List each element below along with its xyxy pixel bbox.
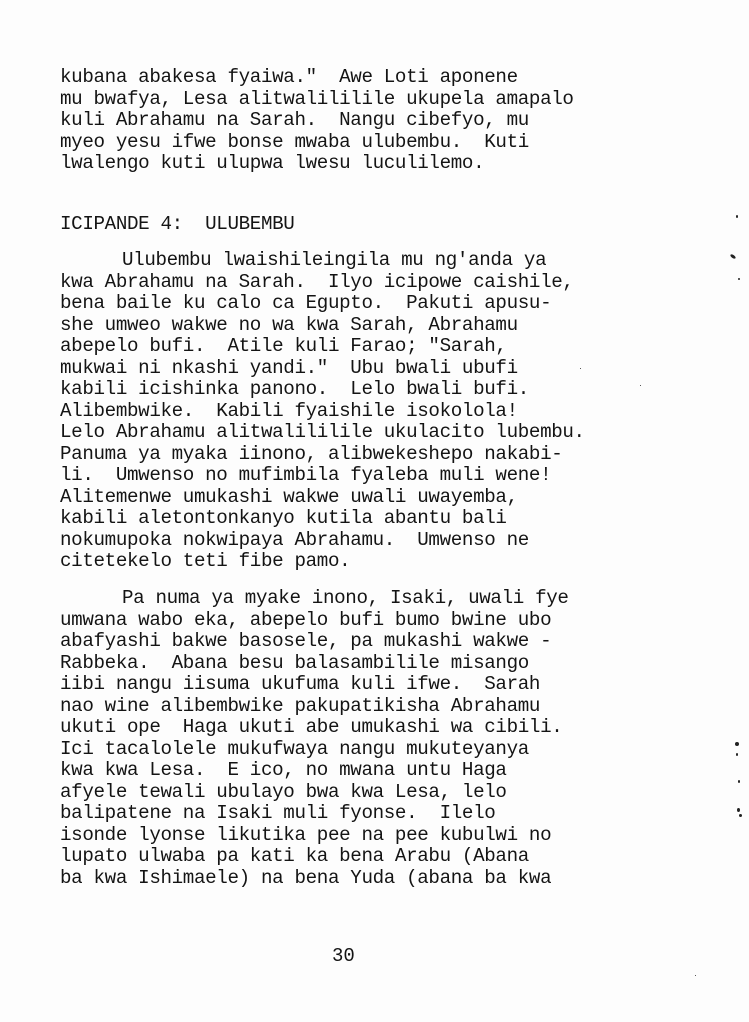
text-line: abepelo bufi. Atile kuli Farao; "Sarah, xyxy=(60,336,700,358)
scan-speck xyxy=(580,368,581,369)
text-line: ba kwa Ishimaele) na bena Yuda (abana ba… xyxy=(60,868,700,890)
text-line: Alibembwike. Kabili fyaishile isokolola! xyxy=(60,401,700,423)
text-line: mu bwafya, Lesa alitwalililile ukupela a… xyxy=(60,89,700,111)
text-line: lupato ulwaba pa kati ka bena Arabu (Aba… xyxy=(60,846,700,868)
text-line: Ulubembu lwaishileingila mu ng'anda ya xyxy=(60,250,700,272)
text-line: balipatene na Isaki muli fyonse. Ilelo xyxy=(60,803,700,825)
text-line: afyele tewali ubulayo bwa kwa Lesa, lelo xyxy=(60,782,700,804)
text-line: nokumupoka nokwipaya Abrahamu. Umwenso n… xyxy=(60,530,700,552)
section-heading-block: ICIPANDE 4: ULUBEMBU xyxy=(60,214,700,236)
scan-speck xyxy=(640,385,641,386)
text-line: kubana abakesa fyaiwa." Awe Loti aponene xyxy=(60,67,700,89)
text-line: kuli Abrahamu na Sarah. Nangu cibefyo, m… xyxy=(60,110,700,132)
text-line: citetekelo teti fibe pamo. xyxy=(60,551,700,573)
text-line: Pa numa ya myake inono, Isaki, uwali fye xyxy=(60,588,700,610)
text-line: ukuti ope Haga ukuti abe umukashi wa cib… xyxy=(60,717,700,739)
paragraph-2: Pa numa ya myake inono, Isaki, uwali fye… xyxy=(60,588,700,889)
scan-speck xyxy=(736,753,738,756)
scan-speck xyxy=(736,215,738,218)
scan-speck xyxy=(738,780,740,783)
text-line: lwalengo kuti ulupwa lwesu luculilemo. xyxy=(60,153,700,175)
section-heading: ICIPANDE 4: ULUBEMBU xyxy=(60,214,700,236)
text-line: mukwai ni nkashi yandi." Ubu bwali ubufi xyxy=(60,358,700,380)
scan-speck xyxy=(730,254,737,260)
text-line: Rabbeka. Abana besu balasambilile misang… xyxy=(60,653,700,675)
paragraph-1: Ulubembu lwaishileingila mu ng'anda ya k… xyxy=(60,250,700,573)
scan-speck xyxy=(738,278,740,280)
text-line: bena baile ku calo ca Egupto. Pakuti apu… xyxy=(60,293,700,315)
text-line: Alitemenwe umukashi wakwe uwali uwayemba… xyxy=(60,487,700,509)
text-line: kwa Abrahamu na Sarah. Ilyo icipowe cais… xyxy=(60,272,700,294)
text-line: abafyashi bakwe basosele, pa mukashi wak… xyxy=(60,631,700,653)
text-line: nao wine alibembwike pakupatikisha Abrah… xyxy=(60,696,700,718)
scan-speck xyxy=(737,808,740,812)
text-line: umwana wabo eka, abepelo bufi bumo bwine… xyxy=(60,610,700,632)
document-page: kubana abakesa fyaiwa." Awe Loti aponene… xyxy=(0,0,749,1022)
scan-speck xyxy=(739,814,742,817)
scan-speck xyxy=(695,975,696,976)
scan-speck xyxy=(735,742,739,746)
text-line: kabili aletontonkanyo kutila abantu bali xyxy=(60,508,700,530)
text-line: Panuma ya myaka iinono, alibwekeshepo na… xyxy=(60,444,700,466)
text-line: isonde lyonse likutika pee na pee kubulw… xyxy=(60,825,700,847)
text-line: Ici tacalolele mukufwaya nangu mukuteyan… xyxy=(60,739,700,761)
text-line: iibi nangu iisuma ukufuma kuli ifwe. Sar… xyxy=(60,674,700,696)
text-line: kwa kwa Lesa. E ico, no mwana untu Haga xyxy=(60,760,700,782)
text-line: Lelo Abrahamu alitwalililile ukulacito l… xyxy=(60,422,700,444)
text-line: kabili icishinka panono. Lelo bwali bufi… xyxy=(60,379,700,401)
text-line: li. Umwenso no mufimbila fyaleba muli we… xyxy=(60,465,700,487)
text-line: myeo yesu ifwe bonse mwaba ulubembu. Kut… xyxy=(60,132,700,154)
intro-paragraph: kubana abakesa fyaiwa." Awe Loti aponene… xyxy=(60,67,700,175)
page-number: 30 xyxy=(332,945,355,967)
text-line: she umweo wakwe no wa kwa Sarah, Abraham… xyxy=(60,315,700,337)
